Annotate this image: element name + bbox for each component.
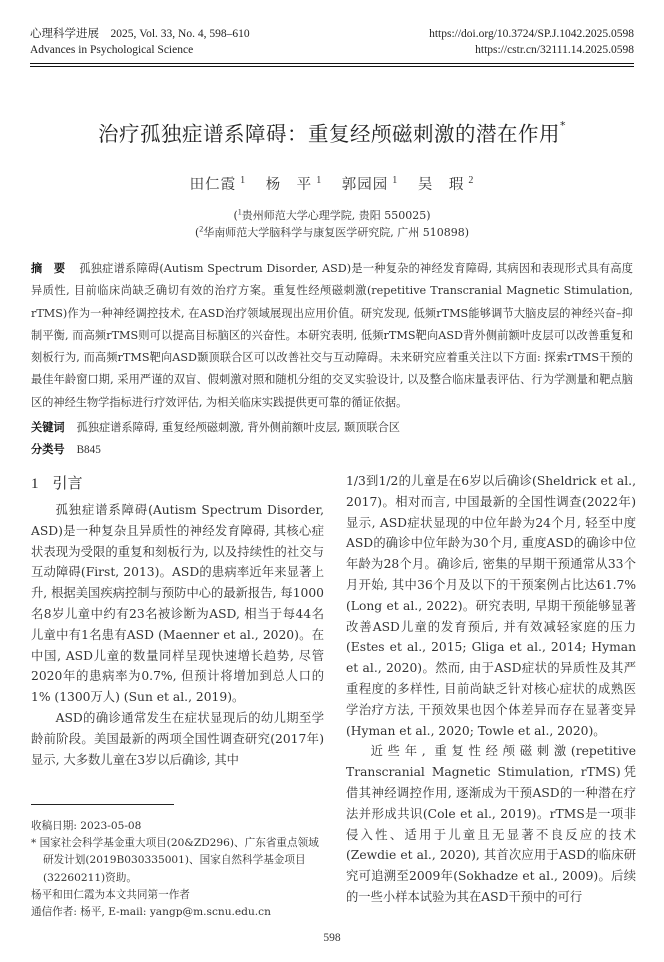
header-divider	[30, 63, 634, 64]
article-title-text: 治疗孤独症谱系障碍：重复经颅磁刺激的潜在作用	[98, 122, 560, 146]
page-number: 598	[0, 932, 664, 944]
abstract-label: 摘 要	[31, 262, 65, 275]
body-paragraph: 1/3到1/2的儿童是在6岁以后确诊(Sheldrick et al., 201…	[346, 471, 636, 741]
author-affiliation-mark: 1	[392, 175, 398, 186]
received-date: 收稿日期: 2023-05-08	[31, 818, 324, 835]
section-heading: 1引言	[31, 472, 83, 493]
abstract-text: 孤独症谱系障碍(Autism Spectrum Disorder, ASD)是一…	[31, 262, 633, 409]
header-left: 心理科学进展 2025, Vol. 33, No. 4, 598–610 Adv…	[30, 26, 250, 58]
author-name: 杨 平	[266, 177, 313, 193]
keywords-label: 关键词	[31, 421, 65, 434]
body-paragraph: ASD的确诊通常发生在症状显现后的幼儿期至学龄前阶段。美国最新的两项全国性调查研…	[31, 708, 324, 770]
keywords: 关键词孤独症谱系障碍, 重复经颅磁刺激, 背外侧前额叶皮层, 颞顶联合区	[31, 419, 400, 435]
classification: 分类号B845	[31, 441, 101, 457]
journal-name-en: Advances in Psychological Science	[30, 42, 250, 58]
doi-link[interactable]: https://doi.org/10.3724/SP.J.1042.2025.0…	[429, 26, 634, 42]
section-number: 1	[31, 476, 39, 492]
article-title: 治疗孤独症谱系障碍：重复经颅磁刺激的潜在作用*	[0, 117, 664, 147]
corresponding-author: 通信作者: 杨平, E-mail: yangp@m.scnu.edu.cn	[31, 904, 324, 921]
funding-footnote-mark: *	[560, 119, 566, 132]
body-column-right: 1/3到1/2的儿童是在6岁以后确诊(Sheldrick et al., 201…	[346, 471, 636, 908]
affiliation-text: 华南师范大学脑科学与康复医学研究院, 广州 510898	[203, 226, 464, 239]
footnotes: 收稿日期: 2023-05-08 * 国家社会科学基金重大项目(20&ZD296…	[31, 818, 324, 921]
header-divider-thin	[30, 66, 634, 67]
author-name: 郭园园	[342, 177, 389, 193]
author-affiliation-mark: 1	[316, 175, 322, 186]
affiliation-text: 贵州师范大学心理学院, 贵阳 550025	[242, 209, 426, 222]
journal-name-cn: 心理科学进展	[30, 28, 99, 40]
body-paragraph: 孤独症谱系障碍(Autism Spectrum Disorder, ASD)是一…	[31, 500, 324, 708]
keywords-text: 孤独症谱系障碍, 重复经颅磁刺激, 背外侧前额叶皮层, 颞顶联合区	[77, 421, 400, 434]
section-title: 引言	[53, 474, 83, 492]
author-name: 田仁霞	[190, 177, 237, 193]
affiliation: (2华南师范大学脑科学与康复医学研究院, 广州 510898)	[0, 224, 664, 240]
footnote-divider	[31, 804, 174, 805]
co-first-author-note: 杨平和田仁霞为本文共同第一作者	[31, 887, 324, 904]
funding-note: * 国家社会科学基金重大项目(20&ZD296)、广东省重点领域研发计划(201…	[31, 835, 324, 887]
classification-code: B845	[77, 444, 101, 456]
header-right: https://doi.org/10.3724/SP.J.1042.2025.0…	[429, 26, 634, 58]
classification-label: 分类号	[31, 443, 65, 456]
author-affiliation-mark: 2	[468, 175, 474, 186]
cstr-link[interactable]: https://cstr.cn/32111.14.2025.0598	[429, 42, 634, 58]
journal-citation: 2025, Vol. 33, No. 4, 598–610	[111, 28, 250, 40]
abstract: 摘 要孤独症谱系障碍(Autism Spectrum Disorder, ASD…	[31, 258, 633, 414]
author-name: 吴 瑕	[418, 177, 465, 193]
body-paragraph: 近些年, 重复性经颅磁刺激(repetitive Transcranial Ma…	[346, 741, 636, 907]
author-list: 田仁霞1 杨 平1 郭园园1 吴 瑕2	[0, 173, 664, 194]
affiliation: (1贵州师范大学心理学院, 贵阳 550025)	[0, 207, 664, 223]
author-affiliation-mark: 1	[240, 175, 246, 186]
body-column-left: 孤独症谱系障碍(Autism Spectrum Disorder, ASD)是一…	[31, 500, 324, 770]
